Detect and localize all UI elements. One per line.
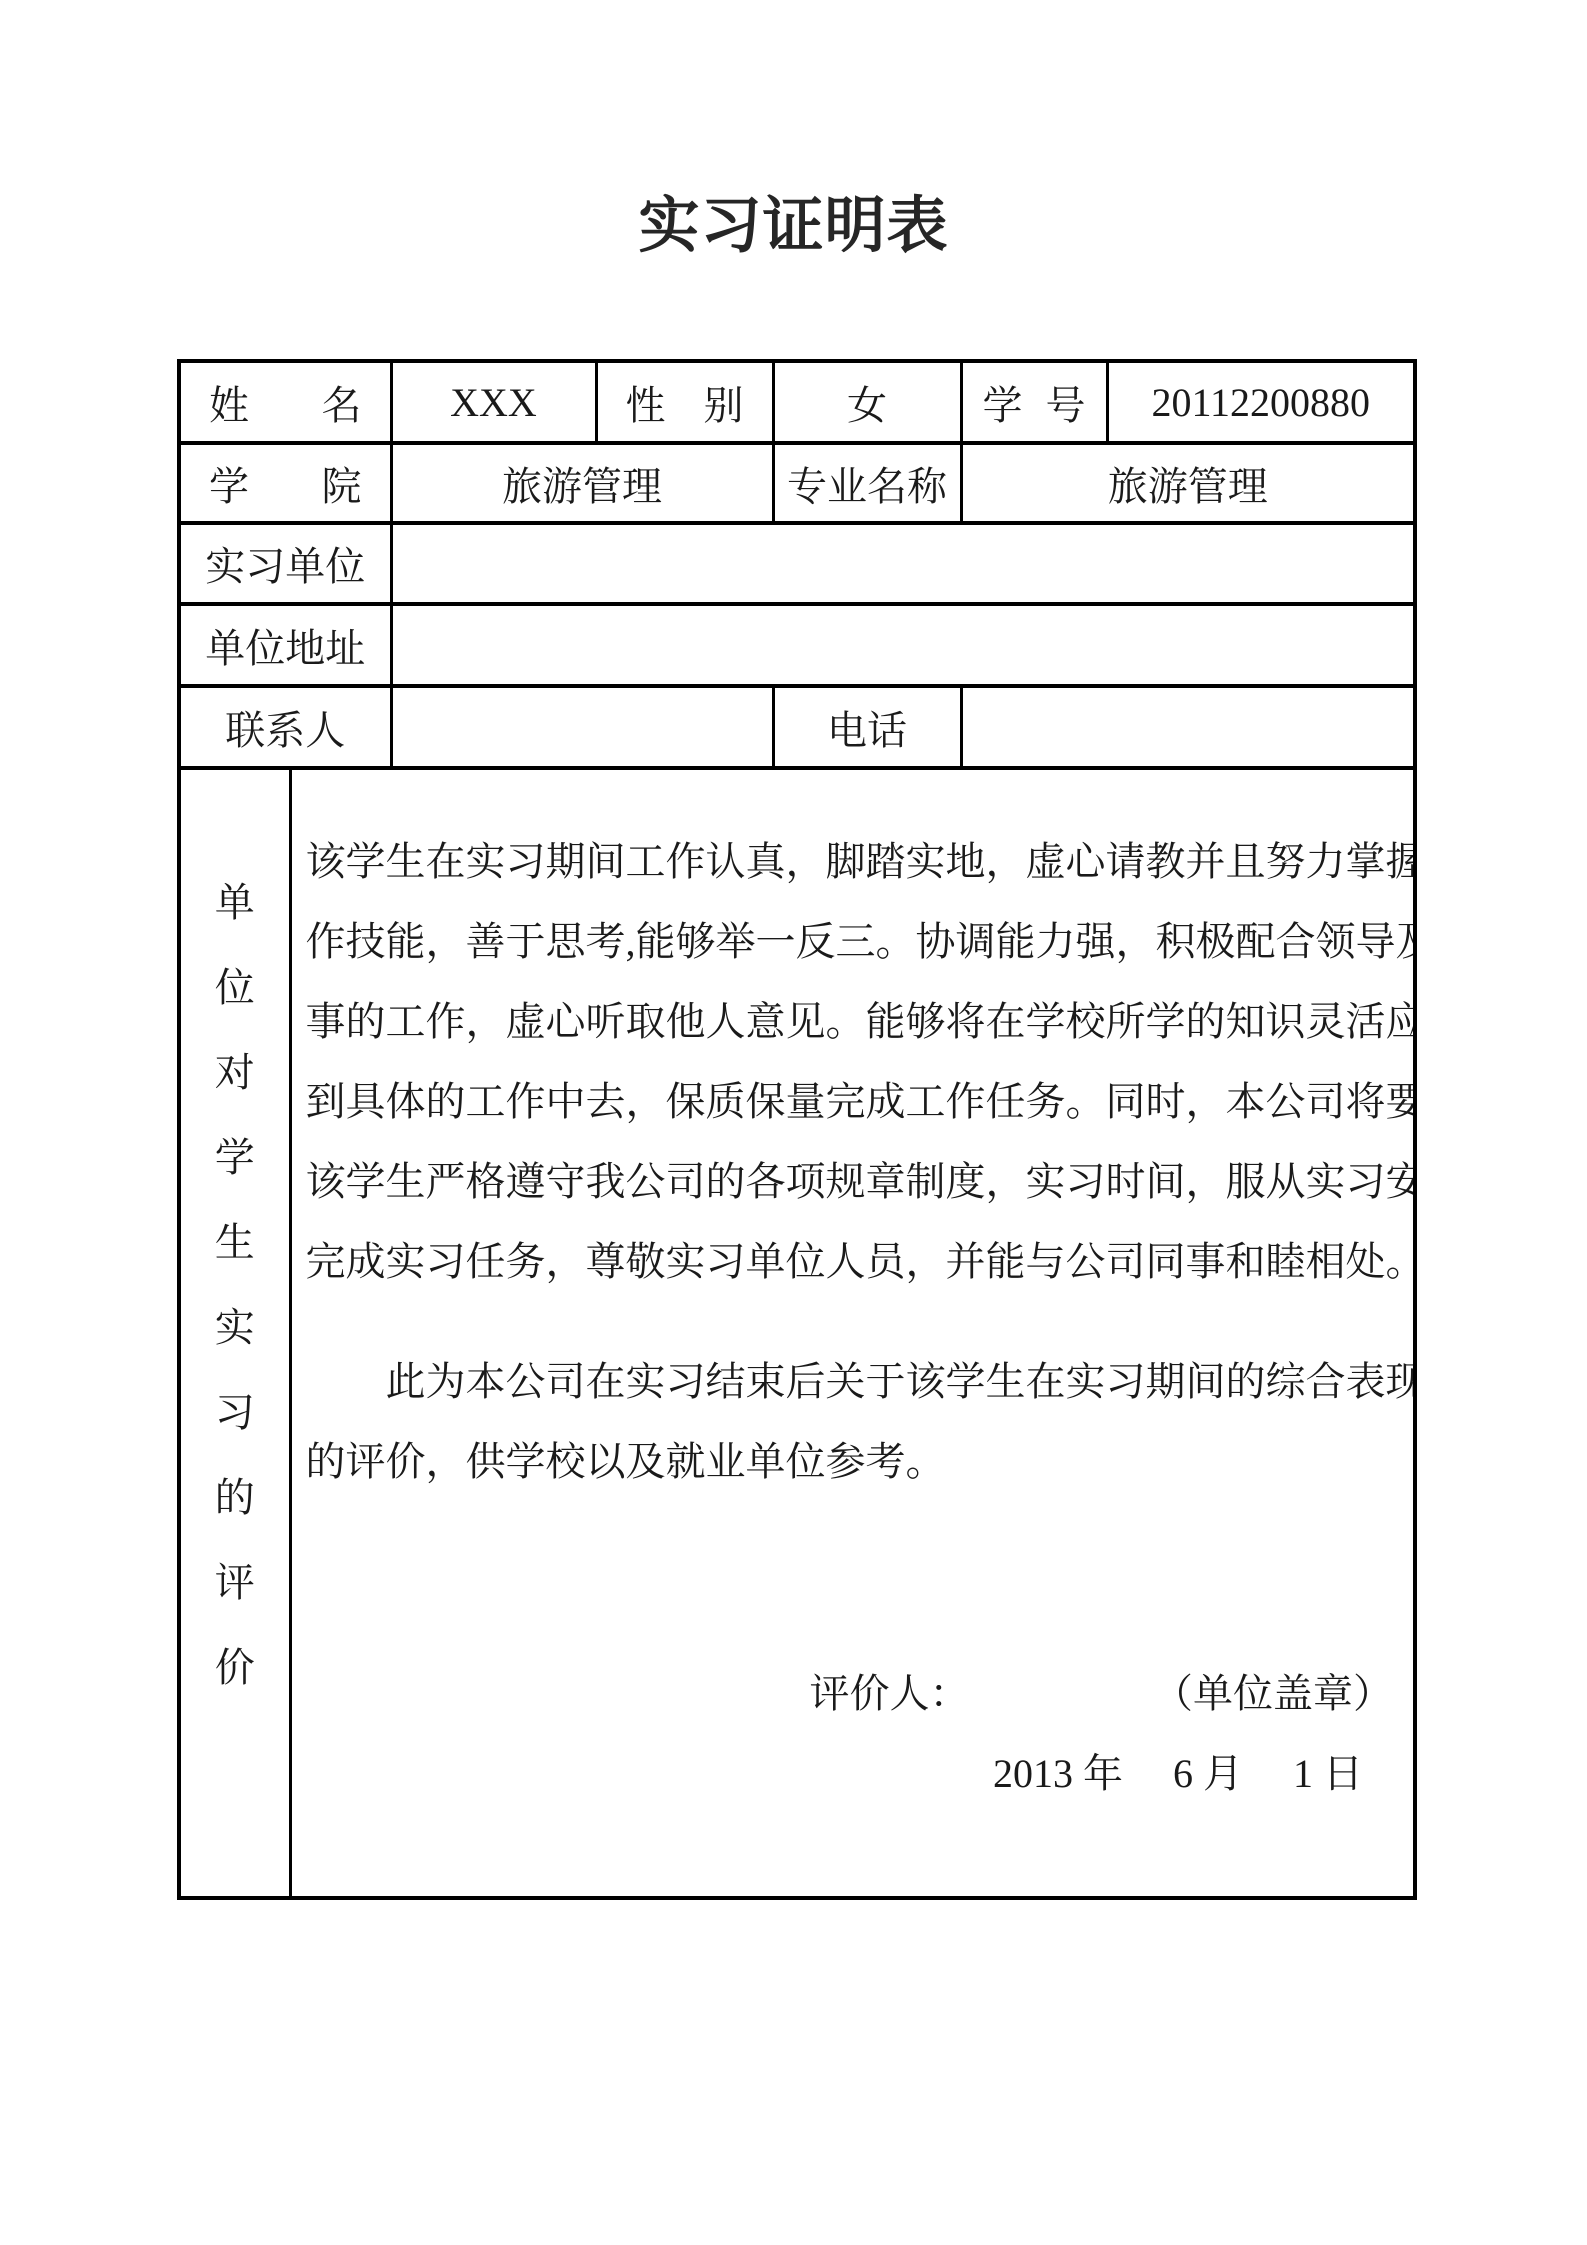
evaluation-paragraph-1: 该学生在实习期间工作认真，脚踏实地，虚心请教并且努力掌握工作技能，善于思考,能够… [306, 822, 1400, 1302]
evaluation-side-label: 单位对学生实习的评价 [179, 768, 290, 1898]
vertical-label-char: 习 [181, 1370, 289, 1455]
text-line: 的评价，供学校以及就业单位参考。 [306, 1422, 1400, 1502]
table-row: 单位地址 [179, 604, 1415, 686]
evaluator-label: 评价人： [810, 1654, 970, 1734]
contact-label-cell: 联系人 [179, 686, 391, 768]
signature-row: 评价人： （单位盖章） [810, 1654, 1400, 1734]
college-value-cell: 旅游管理 [391, 443, 773, 523]
vertical-label-char: 价 [181, 1625, 289, 1710]
name-value-cell: XXX [391, 361, 596, 443]
internship-unit-value-cell[interactable] [391, 523, 1415, 604]
internship-form-table: 姓 名 XXX 性 别 女 学 号 20112200880 学 院 旅游管理 专… [177, 359, 1417, 1900]
document-page: 实习证明表 姓 名 XXX 性 别 女 学 号 20112200880 学 院 … [0, 0, 1587, 2245]
table-row: 学 院 旅游管理 专业名称 旅游管理 [179, 443, 1415, 523]
major-value-cell: 旅游管理 [961, 443, 1415, 523]
vertical-label-char: 生 [181, 1200, 289, 1285]
unit-seal-label: （单位盖章） [1153, 1654, 1393, 1734]
vertical-label-char: 评 [181, 1540, 289, 1625]
major-label-cell: 专业名称 [773, 443, 961, 523]
text-line: 作技能，善于思考,能够举一反三。协调能力强，积极配合领导及同 [306, 902, 1400, 982]
unit-address-label-cell: 单位地址 [179, 604, 391, 686]
text-line: 到具体的工作中去，保质保量完成工作任务。同时，本公司将要求 [306, 1062, 1400, 1142]
vertical-label-char: 位 [181, 945, 289, 1030]
unit-address-value-cell[interactable] [391, 604, 1415, 686]
evaluation-content-cell: 该学生在实习期间工作认真，脚踏实地，虚心请教并且努力掌握工作技能，善于思考,能够… [290, 768, 1415, 1898]
phone-label-cell: 电话 [773, 686, 961, 768]
internship-unit-label-cell: 实习单位 [179, 523, 391, 604]
vertical-label-char: 单 [181, 860, 289, 945]
student-id-label-cell: 学 号 [961, 361, 1107, 443]
name-label-cell: 姓 名 [179, 361, 391, 443]
vertical-label-char: 实 [181, 1285, 289, 1370]
text-line: 此为本公司在实习结束后关于该学生在实习期间的综合表现 [306, 1342, 1400, 1422]
table-row: 联系人 电话 [179, 686, 1415, 768]
text-line: 事的工作，虚心听取他人意见。能够将在学校所学的知识灵活应用 [306, 982, 1400, 1062]
gender-label-cell: 性 别 [596, 361, 773, 443]
text-line: 该学生严格遵守我公司的各项规章制度，实习时间，服从实习安排， [306, 1142, 1400, 1222]
college-label-cell: 学 院 [179, 443, 391, 523]
document-title: 实习证明表 [0, 0, 1587, 257]
table-row: 姓 名 XXX 性 别 女 学 号 20112200880 [179, 361, 1415, 443]
student-id-value-cell: 20112200880 [1107, 361, 1415, 443]
contact-value-cell[interactable] [391, 686, 773, 768]
table-row: 实习单位 [179, 523, 1415, 604]
vertical-label-char: 对 [181, 1030, 289, 1115]
text-line: 该学生在实习期间工作认真，脚踏实地，虚心请教并且努力掌握工 [306, 822, 1400, 902]
vertical-label-char: 的 [181, 1455, 289, 1540]
gender-value-cell: 女 [773, 361, 961, 443]
evaluation-paragraph-2: 此为本公司在实习结束后关于该学生在实习期间的综合表现的评价，供学校以及就业单位参… [306, 1342, 1400, 1502]
date-text: 2013 年 6 月 1 日 [306, 1734, 1400, 1814]
vertical-label-char: 学 [181, 1115, 289, 1200]
text-line: 完成实习任务，尊敬实习单位人员，并能与公司同事和睦相处。 [306, 1222, 1400, 1302]
phone-value-cell[interactable] [961, 686, 1415, 768]
evaluation-row: 单位对学生实习的评价 该学生在实习期间工作认真，脚踏实地，虚心请教并且努力掌握工… [179, 768, 1415, 1898]
